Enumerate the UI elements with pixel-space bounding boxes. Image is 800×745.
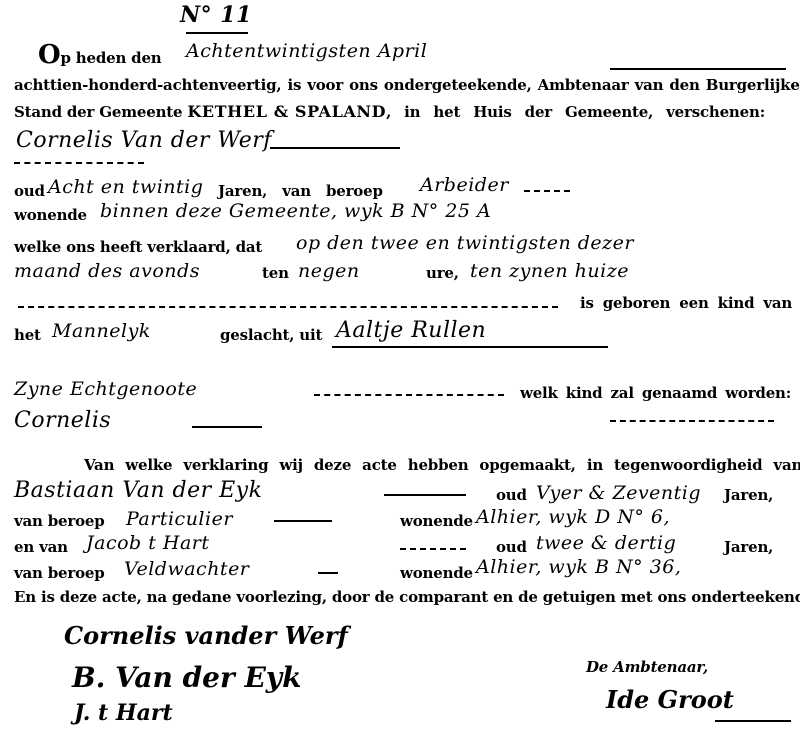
official-signature: Ide Groot — [606, 688, 734, 712]
witness1-residence-handwritten: Alhier, wyk D N° 6, — [476, 508, 670, 527]
child-name-handwritten: Cornelis — [14, 410, 111, 432]
witness2-res-prefix: wonende — [400, 566, 473, 581]
witness2-line — [400, 548, 466, 550]
witness1-signature: B. Van der Eyk — [72, 664, 301, 692]
residence-prefix: wonende — [14, 208, 87, 223]
witness1-age-prefix: oud — [496, 488, 527, 503]
time-ten: ten — [262, 266, 289, 281]
municipality-name: KETHEL & SPALAND — [187, 102, 386, 121]
declarant-age-handwritten: Acht en twintig — [48, 178, 203, 197]
date-line — [610, 68, 786, 70]
witness2-name-handwritten: Jacob t Hart — [86, 534, 210, 553]
witness2-age-suffix: Jaren, — [724, 540, 773, 555]
time-ure: ure, — [426, 266, 459, 281]
born-line — [18, 306, 558, 308]
witness2-signature: J. t Hart — [74, 702, 173, 724]
child-name-line — [192, 426, 262, 428]
witness2-prefix: en van — [14, 540, 68, 555]
opening-initial: O — [38, 40, 60, 70]
occupation-handwritten: Arbeider — [420, 176, 509, 195]
residence-handwritten: binnen deze Gemeente, wyk B N° 25 A — [100, 202, 491, 221]
date-handwritten: Achtentwintigsten April — [186, 42, 427, 61]
witness1-occ-line — [274, 520, 332, 522]
witness2-occ-prefix: van beroep — [14, 566, 105, 581]
age-prefix: oud — [14, 184, 45, 199]
mother-underline — [332, 346, 608, 348]
witness2-occ-line — [318, 572, 338, 574]
spouse-handwritten: Zyne Echtgenoote — [14, 380, 197, 399]
closing-statement: En is deze acte, na gedane voorlezing, d… — [14, 590, 800, 605]
sex-prefix: het — [14, 328, 41, 343]
municipality-suffix: , in het Huis der Gemeente, verschenen: — [386, 103, 765, 121]
declared-prefix: welke ons heeft verklaard, dat — [14, 240, 262, 255]
mother-name-handwritten: Aaltje Rullen — [336, 320, 486, 342]
hour-handwritten: negen — [298, 262, 360, 281]
time-of-day-handwritten: maand des avonds — [14, 262, 200, 281]
spouse-line — [314, 394, 504, 396]
child-name-line-2 — [610, 420, 774, 422]
occupation-line — [524, 190, 570, 192]
certificate-number: N° 11 — [180, 4, 252, 26]
declared-date-handwritten: op den twee en twintigsten dezer — [296, 234, 634, 253]
witness2-age-prefix: oud — [496, 540, 527, 555]
declarant-line — [270, 147, 400, 149]
age-suffix: Jaren, van beroep — [218, 184, 383, 199]
year-line: achttien-honderd-achtenveertig, is voor … — [14, 78, 800, 93]
municipality-prefix: Stand der Gemeente — [14, 103, 182, 121]
declarant-line-2 — [14, 162, 144, 164]
official-signature-underline — [715, 720, 791, 722]
witness1-res-prefix: wonende — [400, 514, 473, 529]
witness1-name-handwritten: Bastiaan Van der Eyk — [14, 480, 262, 502]
born-text: is geboren een kind van — [580, 296, 792, 311]
opening-text: p heden den — [60, 49, 161, 67]
witness1-line — [384, 494, 466, 496]
witness1-age-suffix: Jaren, — [724, 488, 773, 503]
municipality-line: Stand der Gemeente KETHEL & SPALAND, in … — [14, 104, 765, 120]
witness1-occupation-handwritten: Particulier — [126, 510, 233, 529]
declarant-signature: Cornelis vander Werf — [64, 624, 348, 648]
witness2-age-handwritten: twee & dertig — [536, 534, 676, 553]
official-title: De Ambtenaar, — [586, 660, 708, 675]
place-handwritten: ten zynen huize — [470, 262, 629, 281]
sex-mid: geslacht, uit — [220, 328, 322, 343]
witness2-residence-handwritten: Alhier, wyk B N° 36, — [476, 558, 681, 577]
sex-handwritten: Mannelyk — [52, 322, 151, 341]
witness2-occupation-handwritten: Veldwachter — [124, 560, 249, 579]
opening-phrase: Op heden den — [38, 42, 162, 68]
number-underline — [186, 32, 248, 34]
child-name-label: welk kind zal genaamd worden: — [520, 386, 791, 401]
witness1-age-handwritten: Vyer & Zeventig — [536, 484, 701, 503]
declarant-name-handwritten: Cornelis Van der Werf — [16, 130, 272, 152]
witness1-occ-prefix: van beroep — [14, 514, 105, 529]
witness-intro: Van welke verklaring wij deze acte hebbe… — [84, 458, 800, 473]
